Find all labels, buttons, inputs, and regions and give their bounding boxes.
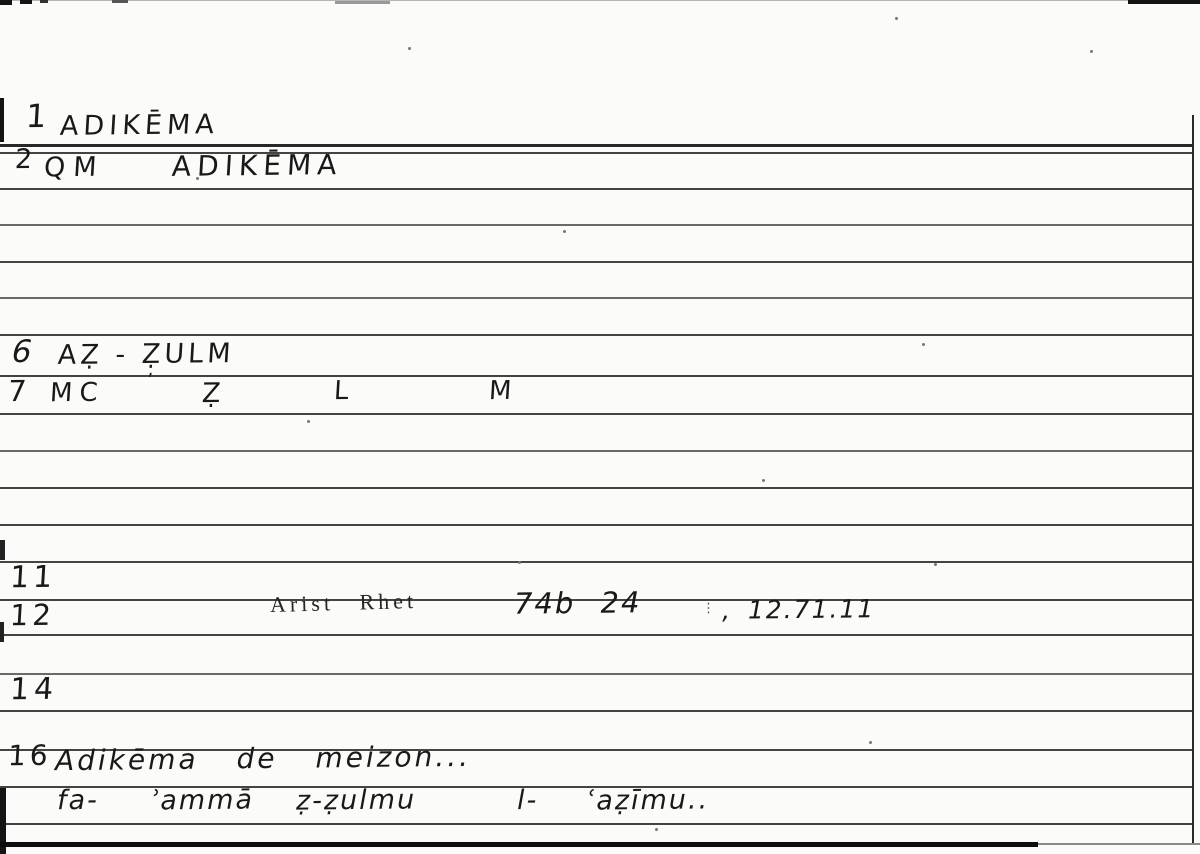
transliteration-word: ẓ-ẓulmu [296, 786, 416, 814]
ruled-line [0, 450, 1192, 452]
speck [307, 420, 310, 423]
speck [869, 741, 872, 744]
scan-edge-left [0, 98, 4, 142]
ruled-line [0, 188, 1192, 190]
gloss-greek: Adikēma de meizon... [55, 743, 471, 775]
scan-edge-right [1192, 115, 1194, 845]
ruled-line [0, 375, 1192, 377]
ruled-line [0, 413, 1192, 415]
ruled-line [0, 297, 1192, 299]
transliteration-word: ʿaẓīmu.. [586, 786, 709, 814]
citation-stamp: Arist Rhet [270, 590, 418, 616]
siglum: MC [49, 380, 105, 407]
speck [922, 343, 925, 346]
transliteration-word: l- [517, 787, 539, 814]
ruled-line [0, 673, 1192, 675]
scan-edge-bottom [0, 842, 1038, 847]
ruled-line [0, 487, 1192, 489]
entry-number: 6 [11, 337, 37, 368]
ruled-line [0, 261, 1192, 263]
ruled-line [0, 334, 1192, 336]
headword-arabic: AẒ - ẒULM [57, 340, 235, 369]
entry-number: 1 [25, 100, 51, 132]
ruled-line [0, 710, 1192, 712]
bekker-citation: 74b 24 [514, 588, 642, 618]
scan-mark [112, 0, 128, 3]
scan-edge-left [0, 540, 5, 560]
speck [518, 561, 521, 564]
scan-mark [40, 0, 48, 3]
transliteration-word: ʾammā [150, 786, 254, 814]
ruled-line [0, 144, 1192, 147]
speck [563, 230, 566, 233]
ruled-line [0, 524, 1192, 526]
scan-edge-left [0, 622, 4, 642]
entry-number: 14 [9, 675, 59, 706]
ruled-line [0, 224, 1192, 226]
radical-letter: M [488, 378, 516, 404]
radical-letter: L [333, 378, 353, 404]
cross-reference: , 12.71.11 [722, 596, 875, 623]
scan-mark [0, 0, 12, 5]
entry-number: 11 [9, 563, 57, 593]
radical-letter: Ẓ [201, 380, 225, 407]
speck [934, 563, 937, 566]
speck [655, 828, 658, 831]
scan-edge-top [0, 0, 1200, 1]
speck [895, 17, 898, 20]
stray-tick: ʼ [146, 372, 157, 390]
scanned-index-card: 1 ADIKĒMA 2 QM ADIKĒMA 6 AẒ - ẒULM 7 MC … [0, 0, 1200, 854]
entry-number: 16 [7, 742, 52, 770]
ruled-line [0, 823, 1192, 825]
marginal-dots: ⋮ [702, 602, 715, 615]
speck [1090, 50, 1093, 53]
entry-number: 12 [9, 601, 56, 630]
entry-number: 7 [7, 377, 31, 406]
scan-edge-bottom [1038, 843, 1200, 845]
speck [408, 47, 411, 50]
scan-mark [20, 0, 32, 4]
entry-number: 2 [14, 146, 37, 173]
scan-mark [335, 1, 390, 4]
speck [762, 479, 765, 482]
transliteration-word: fa- [57, 787, 99, 814]
headword-greek: ADIKĒMA [171, 151, 343, 181]
ruled-line [0, 561, 1192, 563]
ruled-line [0, 634, 1192, 636]
headword-greek: ADIKĒMA [59, 111, 219, 140]
scan-mark [1128, 0, 1200, 4]
siglum: QM [43, 154, 105, 182]
